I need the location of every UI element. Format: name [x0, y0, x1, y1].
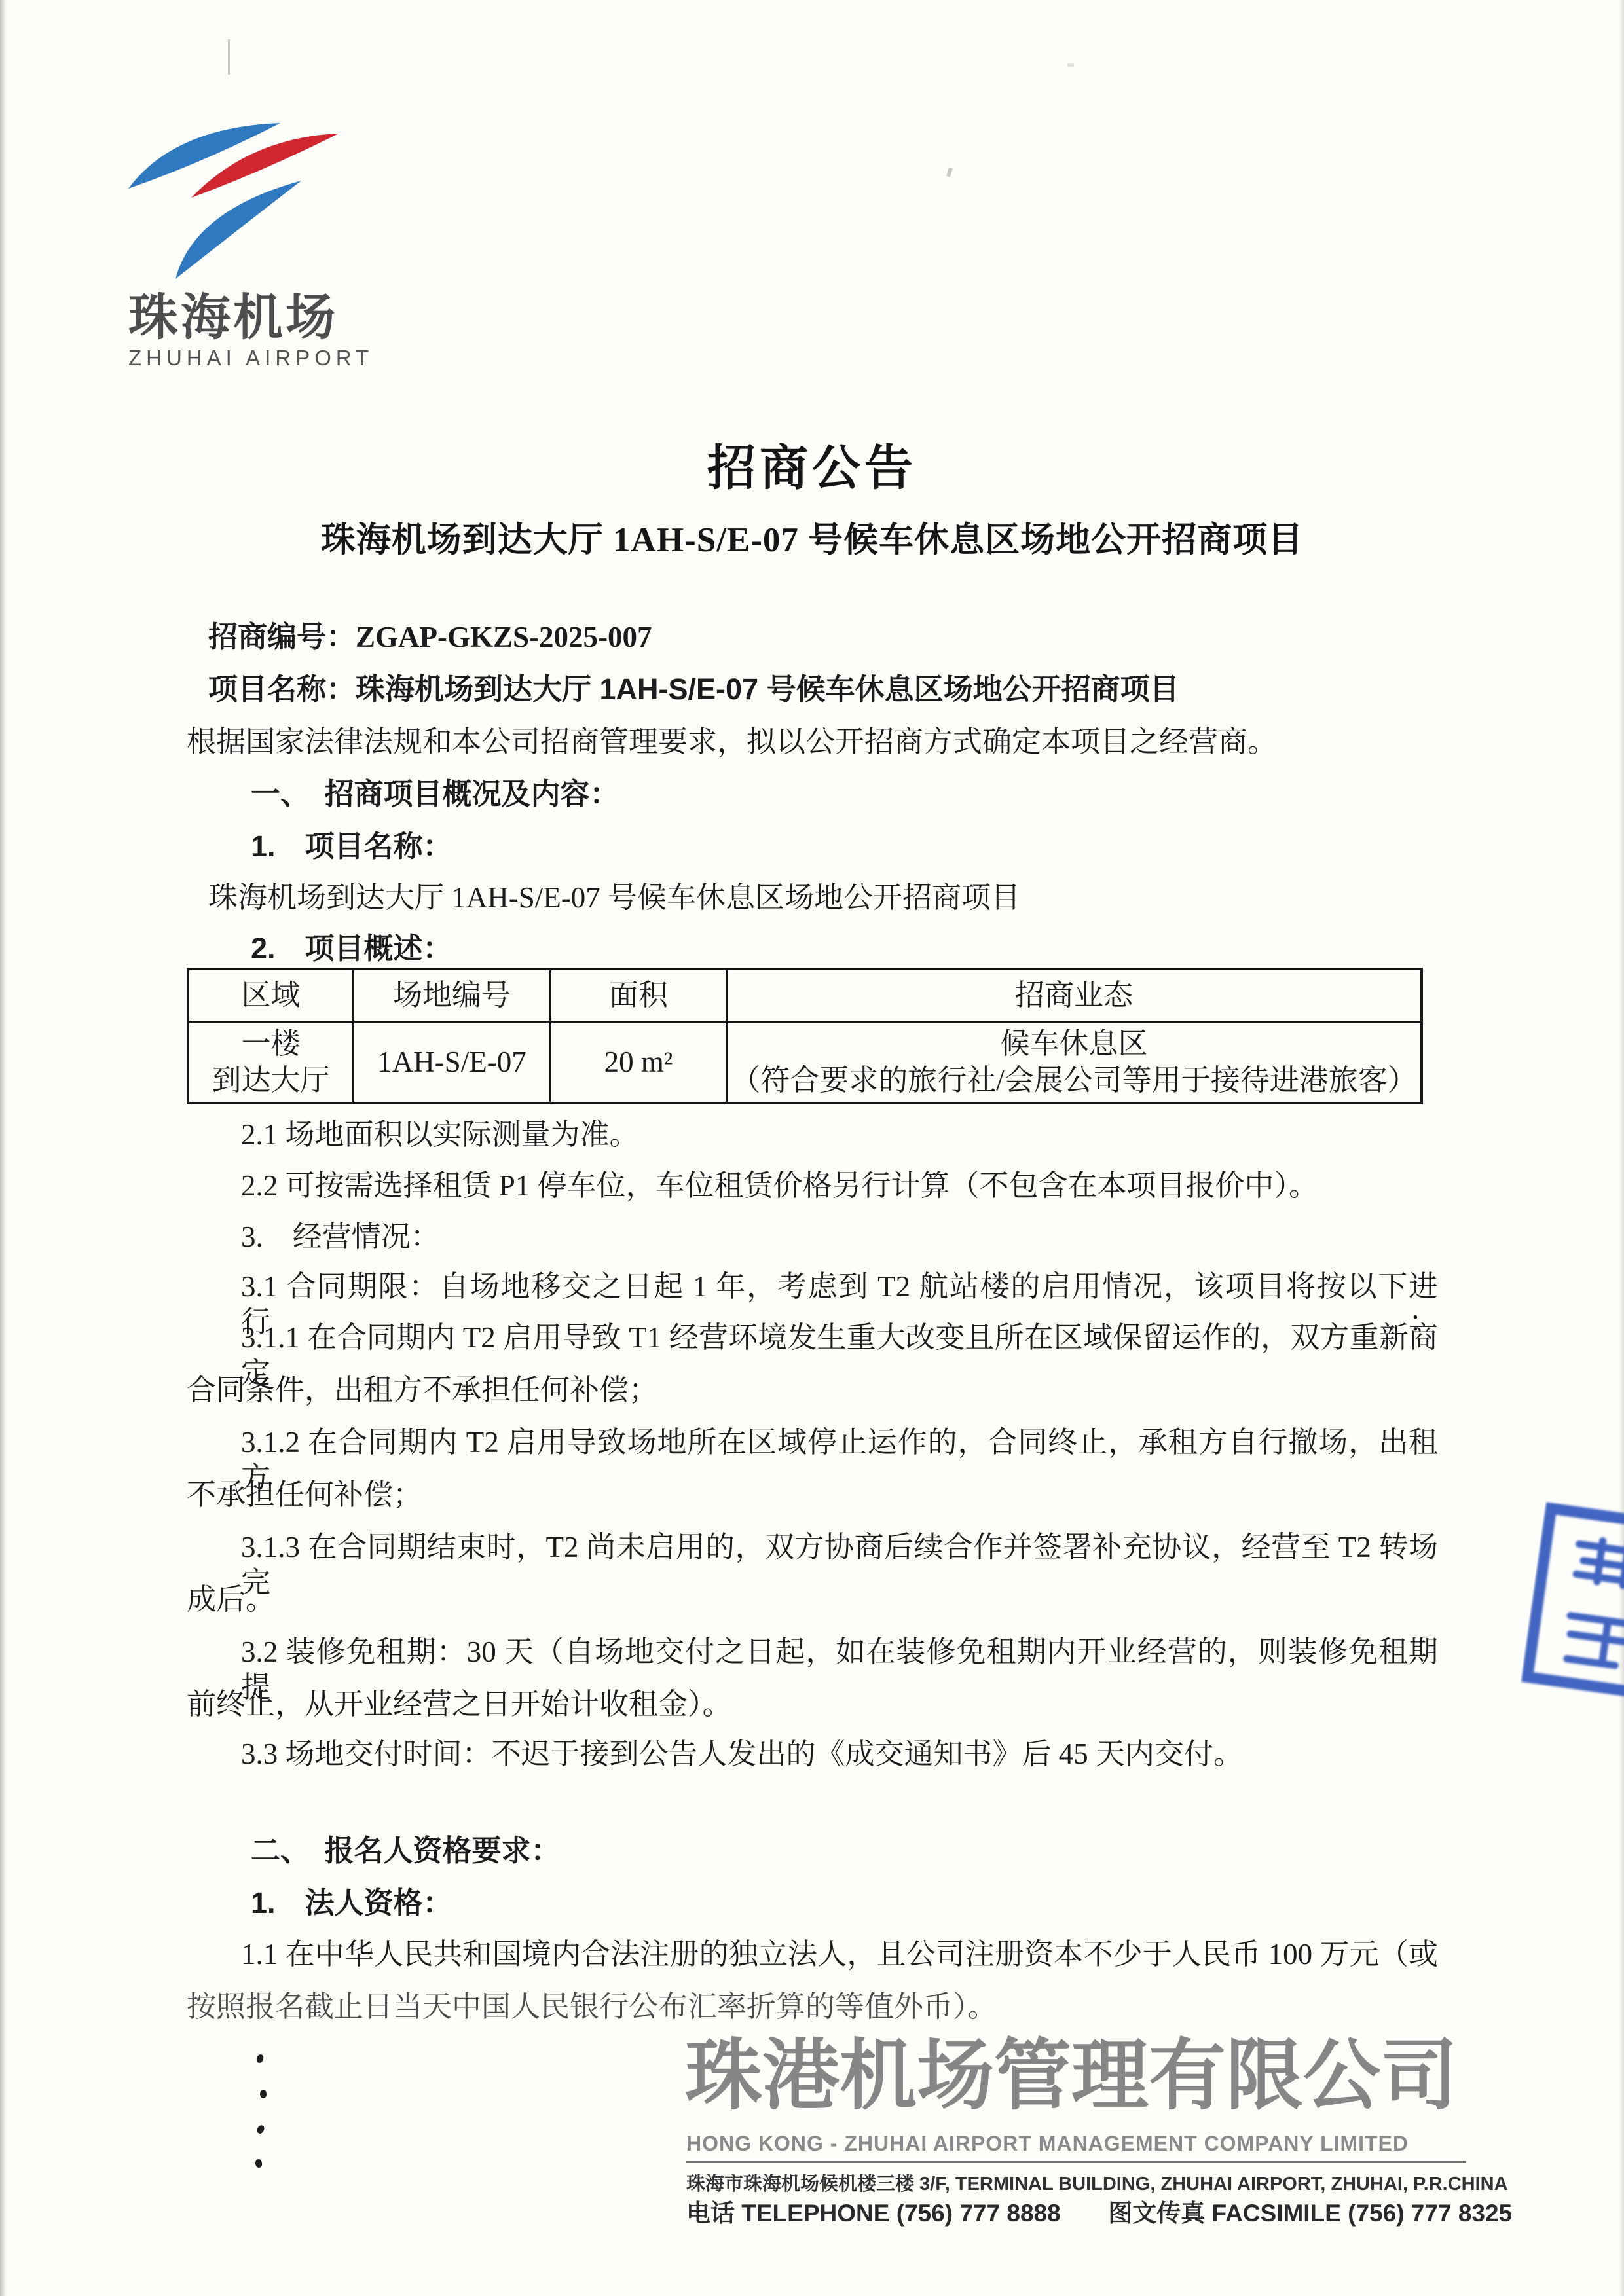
- footer-company-name-cn: 珠港机场管理有限公司: [685, 2032, 1467, 2121]
- note-3-1-1-cont: 合同条件，出租方不承担任何补偿；: [187, 1372, 658, 1408]
- col-header-size: 面积: [551, 969, 727, 1021]
- airport-swoosh-icon: [128, 122, 339, 282]
- logo-english-name: ZHUHAI AIRPORT: [128, 347, 344, 369]
- ink-dot: [254, 2159, 263, 2168]
- cell-area: 一楼 到达大厅: [188, 1021, 354, 1103]
- footer-fax-label: 图文传真 FACSIMILE: [1108, 2200, 1341, 2227]
- cell-area-line1: 一楼: [189, 1025, 352, 1062]
- ink-dot: [256, 2124, 265, 2135]
- note-2-2: 2.2 可按需选择租赁 P1 停车位，车位租赁价格另行计算（不包含在本项目报价中…: [241, 1168, 1318, 1203]
- zhuhai-airport-logo: 珠海机场 ZHUHAI AIRPORT: [128, 122, 344, 369]
- scan-right-edge-shadow: [1619, 0, 1624, 2296]
- scan-left-edge-shadow: [0, 0, 7, 2296]
- scan-artifact: [1067, 63, 1074, 67]
- footer-tel-value: (756) 777 8888: [896, 2200, 1061, 2227]
- project-name-value: 珠海机场到达大厅 1AH-S/E-07 号候车休息区场地公开招商项目: [356, 672, 1179, 706]
- section1-item2-heading: 2. 项目概述：: [251, 931, 452, 966]
- project-name-line: 项目名称：珠海机场到达大厅 1AH-S/E-07 号候车休息区场地公开招商项目: [208, 672, 1179, 707]
- footer-company-name-en: HONG KONG - ZHUHAI AIRPORT MANAGEMENT CO…: [686, 2132, 1467, 2156]
- footer-tel-label: 电话 TELEPHONE: [686, 2200, 889, 2227]
- project-overview-table: 区域 场地编号 面积 招商业态 一楼 到达大厅 1AH-S/E-07 20 m²…: [187, 968, 1423, 1104]
- cell-business: 候车休息区 （符合要求的旅行社/会展公司等用于接待进港旅客）: [727, 1021, 1422, 1103]
- note-3-1-3-cont: 成后。: [187, 1582, 275, 1617]
- basis-line: 根据国家法律法规和本公司招商管理要求，拟以公开招商方式确定本项目之经营商。: [187, 724, 1277, 759]
- note-3-3: 3.3 场地交付时间：不迟于接到公告人发出的《成交通知书》后 45 天内交付。: [241, 1736, 1243, 1772]
- page-title: 招商公告: [0, 429, 1624, 499]
- col-header-area: 区域: [188, 969, 354, 1021]
- project-number-line: 招商编号：ZGAP-GKZS-2025-007: [208, 619, 652, 655]
- project-number-label: 招商编号：: [208, 620, 356, 653]
- page-subtitle: 珠海机场到达大厅 1AH-S/E-07 号候车休息区场地公开招商项目: [0, 512, 1624, 562]
- cell-size: 20 m²: [551, 1021, 727, 1103]
- cell-site-no: 1AH-S/E-07: [354, 1021, 551, 1103]
- ink-dot: [259, 2089, 267, 2098]
- ink-dot: [256, 2054, 265, 2064]
- scan-artifact: [946, 167, 953, 177]
- blue-ink-stamp-icon: [1518, 1499, 1624, 1721]
- table-header-row: 区域 场地编号 面积 招商业态: [188, 969, 1422, 1021]
- section1-item1-heading: 1. 项目名称：: [251, 829, 452, 864]
- footer-fax-value: (756) 777 8325: [1348, 2200, 1512, 2227]
- note-1-1: 1.1 在中华人民共和国境内合法注册的独立法人，且公司注册资本不少于人民币 10…: [241, 1937, 1438, 1972]
- section1-heading: 一、 招商项目概况及内容：: [251, 776, 619, 812]
- col-header-business: 招商业态: [727, 969, 1422, 1021]
- project-name-label: 项目名称：: [208, 672, 356, 706]
- note-3-1-3: 3.1.3 在合同期结束时，T2 尚未启用的，双方协商后续合作并签署补充协议，经…: [241, 1529, 1438, 1600]
- section2-item1-heading: 1. 法人资格：: [251, 1886, 452, 1921]
- note-3-2-cont: 前终止，从开业经营之日开始计收租金）。: [187, 1686, 732, 1722]
- footer-contacts: 电话 TELEPHONE (756) 777 8888 图文传真 FACSIMI…: [686, 2193, 1467, 2229]
- cell-business-line2: （符合要求的旅行社/会展公司等用于接待进港旅客）: [728, 1062, 1420, 1099]
- note-2-1: 2.1 场地面积以实际测量为准。: [241, 1117, 639, 1152]
- cell-area-line2: 到达大厅: [189, 1062, 352, 1099]
- col-header-site-no: 场地编号: [354, 969, 551, 1021]
- note-1-1-cont: 按照报名截止日当天中国人民银行公布汇率折算的等值外币）。: [187, 1989, 997, 2024]
- cell-business-line1: 候车休息区: [728, 1025, 1420, 1062]
- note-3: 3. 经营情况：: [241, 1219, 440, 1254]
- footer-address: 珠海市珠海机场候机楼三楼 3/F, TERMINAL BUILDING, ZHU…: [686, 2169, 1467, 2196]
- note-3-1-2-cont: 不承担任何补偿；: [187, 1477, 422, 1512]
- footer-divider: [686, 2161, 1466, 2163]
- section2-heading: 二、 报名人资格要求：: [251, 1833, 561, 1868]
- table-data-row: 一楼 到达大厅 1AH-S/E-07 20 m² 候车休息区 （符合要求的旅行社…: [188, 1021, 1422, 1103]
- project-number-value: ZGAP-GKZS-2025-007: [356, 621, 652, 653]
- logo-chinese-name: 珠海机场: [128, 293, 344, 343]
- scan-artifact: [228, 39, 230, 75]
- scanned-announcement-page: 珠海机场 ZHUHAI AIRPORT 招商公告 珠海机场到达大厅 1AH-S/…: [0, 0, 1624, 2296]
- section1-item1-body: 珠海机场到达大厅 1AH-S/E-07 号候车休息区场地公开招商项目: [208, 880, 1020, 915]
